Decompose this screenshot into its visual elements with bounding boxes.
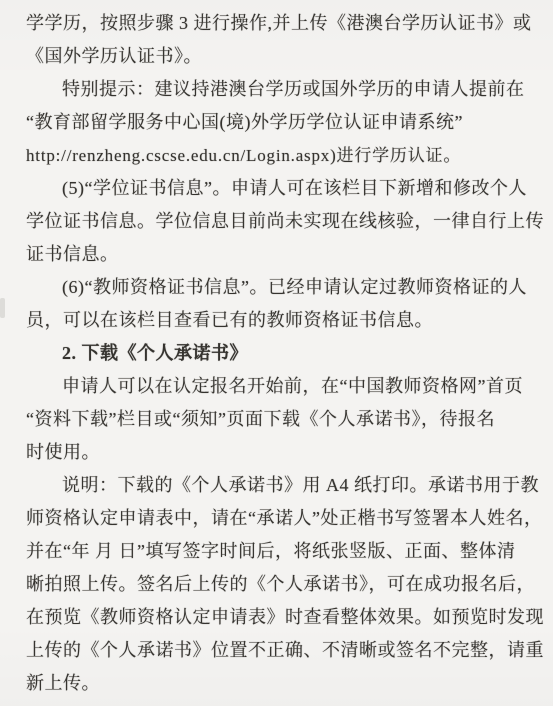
scan-edge-artifact <box>0 298 5 318</box>
text-line: 新上传。 <box>0 667 553 700</box>
text-line: 学学历，按照步骤 3 进行操作,并上传《港澳台学历认证书》或 <box>0 7 553 40</box>
text-line: (5)“学位证书信息”。申请人可在该栏目下新增和修改个人 <box>0 172 553 205</box>
text-line: 学位证书信息。学位信息目前尚未实现在线核验，一律自行上传 <box>0 205 553 238</box>
document-page: 学学历，按照步骤 3 进行操作,并上传《港澳台学历认证书》或《国外学历认证书》。… <box>0 0 553 706</box>
text-line: 2. 下载《个人承诺书》 <box>0 337 553 370</box>
text-line: “教育部留学服务中心国(境)外学历学位认证申请系统” <box>0 106 553 139</box>
text-line: 申请人可以在认定报名开始前，在“中国教师资格网”首页 <box>0 370 553 403</box>
text-line: 并在“年 月 日”填写签字时间后，将纸张竖版、正面、整体清 <box>0 535 553 568</box>
text-line: 时使用。 <box>0 436 553 469</box>
text-line: 特别提示：建议持港澳台学历或国外学历的申请人提前在 <box>0 73 553 106</box>
text-line: (6)“教师资格证书信息”。已经申请认定过教师资格证的人 <box>0 271 553 304</box>
text-line: 证书信息。 <box>0 238 553 271</box>
text-lines-container: 学学历，按照步骤 3 进行操作,并上传《港澳台学历认证书》或《国外学历认证书》。… <box>0 7 553 700</box>
text-line: 上传的《个人承诺书》位置不正确、不清晰或签名不完整，请重 <box>0 634 553 667</box>
text-line: 说明：下载的《个人承诺书》用 A4 纸打印。承诺书用于教 <box>0 469 553 502</box>
text-line: “资料下载”栏目或“须知”页面下载《个人承诺书》，待报名 <box>0 403 553 436</box>
text-line: 在预览《教师资格认定申请表》时查看整体效果。如预览时发现 <box>0 601 553 634</box>
text-line: 员，可以在该栏目查看已有的教师资格证书信息。 <box>0 304 553 337</box>
text-line: 《国外学历认证书》。 <box>0 40 553 73</box>
text-line: 晰拍照上传。签名后上传的《个人承诺书》，可在成功报名后， <box>0 568 553 601</box>
text-line: 师资格认定申请表中，请在“承诺人”处正楷书写签署本人姓名， <box>0 502 553 535</box>
text-line: http://renzheng.cscse.edu.cn/Login.aspx)… <box>0 139 553 172</box>
